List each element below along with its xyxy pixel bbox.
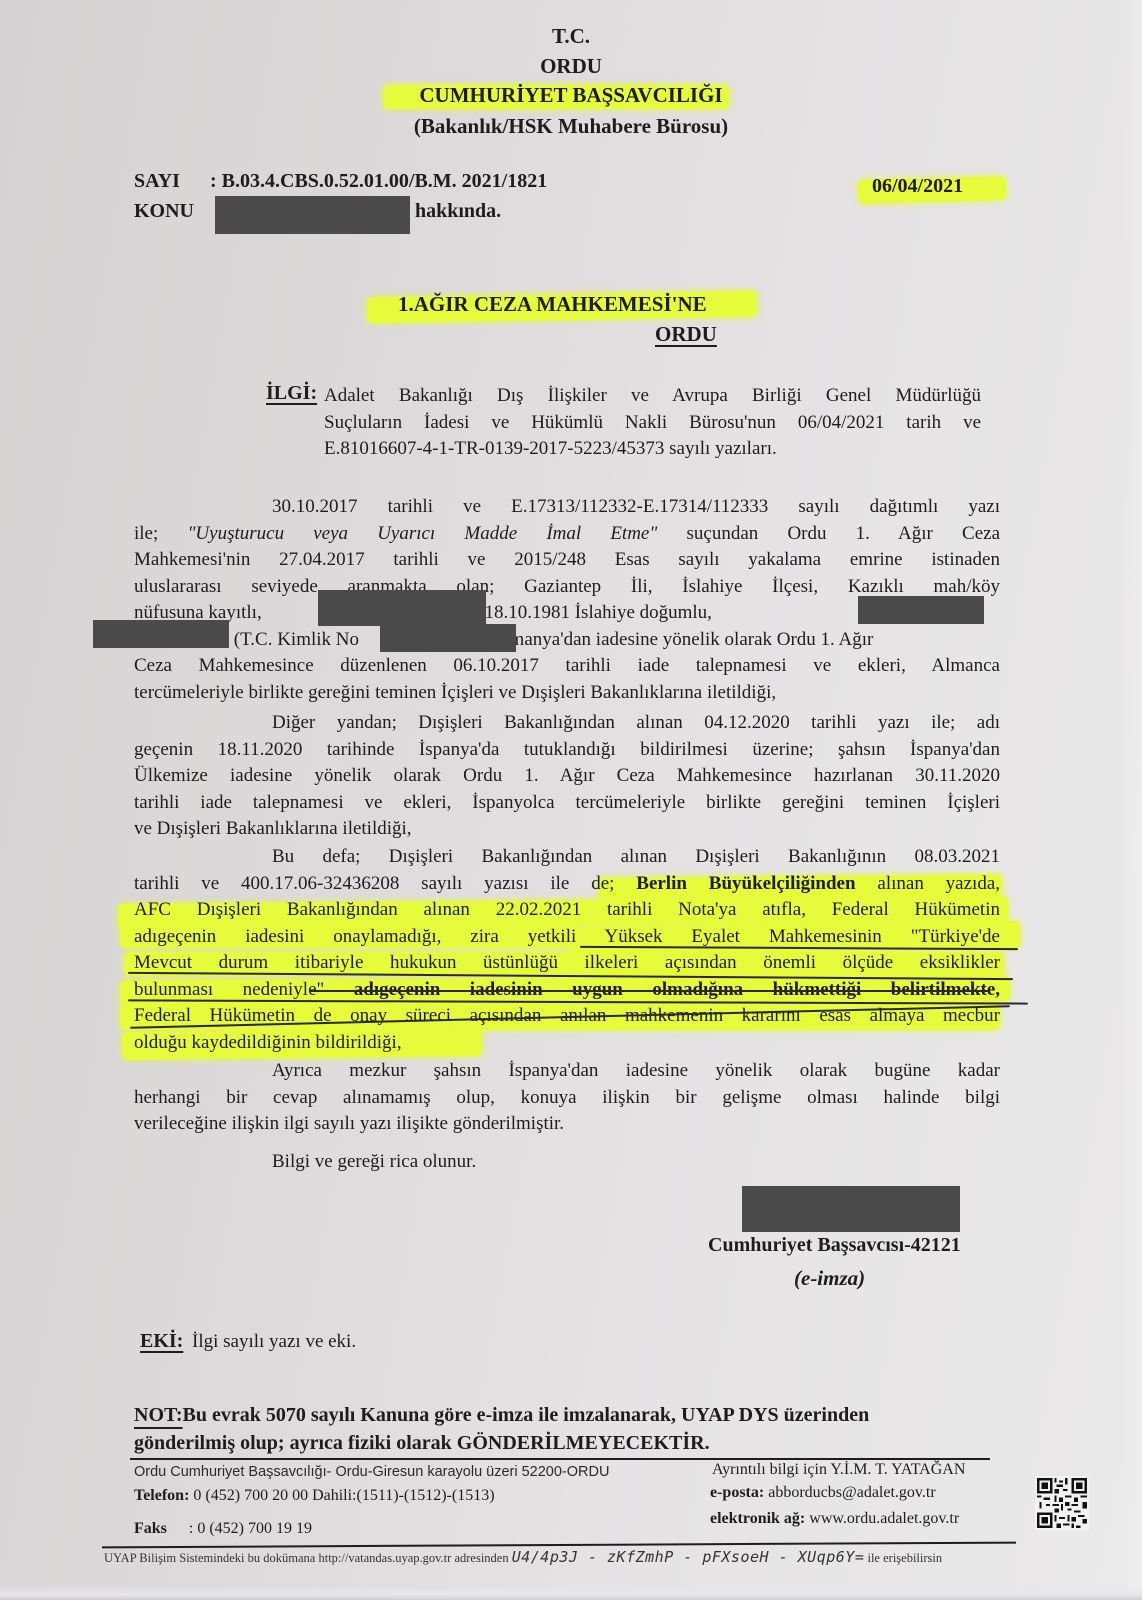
sayi-value: : B.03.4.CBS.0.52.01.00/B.M. 2021/1821 (210, 170, 547, 193)
qr-code-icon (1035, 1476, 1089, 1530)
uyap-access-line: UYAP Bilişim Sistemindeki bu dokümana ht… (104, 1548, 942, 1566)
e-signature-label: (e-imza) (794, 1266, 865, 1291)
redacted-name-part-2 (93, 620, 229, 648)
text-fragment: bulunması nedeniyle" (134, 979, 324, 1000)
text-fragment: (T.C. Kimlik No (234, 629, 359, 650)
fax-label: Faks (134, 1520, 167, 1537)
phone-value: 0 (452) 700 20 00 Dahili:(1511)-(1512)-(… (193, 1487, 494, 1504)
paragraph-line: geçenin 18.11.2020 tarihinde İspanya'da … (134, 737, 1000, 764)
paragraph-line: 30.10.2017 tarihli ve E.17313/112332-E.1… (134, 494, 1000, 521)
redacted-id-number (380, 624, 516, 652)
header-city: ORDU (0, 54, 1142, 79)
signatory-title: Cumhuriyet Başsavcısı-42121 (708, 1234, 961, 1257)
paragraph-line: ve Dışişleri Bakanlıklarına iletildiği, (134, 816, 1000, 843)
ilgi-line: Adalet Bakanlığı Dış İlişkiler ve Avrupa… (324, 383, 981, 410)
footer-phone: Telefon: 0 (452) 700 20 00 Dahili:(1511)… (134, 1487, 495, 1505)
text-fragment: ) Almanya'dan iadesine yönelik olarak Or… (481, 629, 874, 650)
footer-web: elektronik ağ: www.ordu.adalet.gov.tr (710, 1510, 959, 1528)
pen-strike (310, 990, 990, 992)
footer-fax: Faks : 0 (452) 700 19 19 (134, 1520, 312, 1538)
addressee-court: 1.AĞIR CEZA MAHKEMESİ'NE (398, 292, 707, 317)
paragraph-line: olduğu kaydedildiğinin bildirildiği, (134, 1030, 1000, 1057)
closing-line: Bilgi ve gereği rica olunur. (272, 1151, 476, 1173)
paragraph-line: Diğer yandan; Dışişleri Bakanlığından al… (134, 710, 1000, 737)
ilgi-line: E.81016607-4-1-TR-0139-2017-5223/45373 s… (324, 436, 981, 463)
text-fragment-bold: adıgeçenin iadesinin uygun olmadığına hü… (354, 979, 1000, 1000)
paragraph-line: herhangi bir cevap alınamamış olup, konu… (134, 1085, 1000, 1112)
footer-address: Ordu Cumhuriyet Başsavcılığı- Ordu-Gires… (134, 1464, 609, 1480)
redacted-father-name (318, 590, 486, 626)
crime-name: "Uyuşturucu veya Uyarıcı Madde İmal Etme… (187, 523, 657, 544)
redacted-subject (215, 196, 410, 234)
fax-value: : 0 (452) 700 19 19 (189, 1520, 312, 1537)
email-label: e-posta: (710, 1484, 764, 1501)
uyap-prefix: UYAP Bilişim Sistemindeki bu dokümana ht… (104, 1551, 509, 1565)
paragraph-line: tarihli ve 400.17.06-32436208 sayılı yaz… (134, 871, 1000, 898)
document-page: T.C. ORDU CUMHURİYET BAŞSAVCILIĞI (Bakan… (0, 0, 1142, 1600)
text-fragment-bold: Berlin Büyükelçiliğinden (636, 873, 855, 894)
paragraph-line: verileceğine ilişkin ilgi sayılı yazı il… (134, 1111, 1000, 1138)
note-line-2: gönderilmiş olup; ayrıca fiziki olarak G… (134, 1432, 710, 1455)
document-date: 06/04/2021 (872, 175, 963, 198)
note-label: NOT: (134, 1404, 183, 1426)
paragraph-2: Diğer yandan; Dışişleri Bakanlığından al… (134, 710, 1000, 843)
redacted-name-part-1 (858, 596, 984, 624)
paper-edge (1122, 0, 1142, 1600)
ilgi-text: Adalet Bakanlığı Dış İlişkiler ve Avrupa… (324, 383, 981, 463)
ilgi-line: Suçluların İadesi ve Hükümlü Nakli Büros… (324, 410, 981, 437)
attachment-label: EKİ: (140, 1330, 183, 1353)
paragraph-line: tercümeleriyle birlikte gereğini teminen… (134, 680, 1000, 707)
phone-label: Telefon: (134, 1487, 189, 1504)
web-link[interactable]: www.ordu.adalet.gov.tr (809, 1510, 959, 1527)
paragraph-line: (T.C. Kimlik No ) Almanya'dan iadesine y… (134, 627, 1000, 654)
redacted-signatory-name (742, 1186, 960, 1232)
photo-bottom-edge (0, 1586, 1142, 1600)
paragraph-line: Ülkemize iadesine yönelik olarak Ordu 1.… (134, 763, 1000, 790)
footer-email: e-posta: abborducbs@adalet.gov.tr (710, 1484, 936, 1502)
uyap-verification-code: U4/4p3J - zKfZmhP - pFXsoeH - XUqp6Y= (512, 1548, 865, 1566)
paragraph-line: Ceza Mahkemesince düzenlenen 06.10.2017 … (134, 653, 1000, 680)
paragraph-line: ile; "Uyuşturucu veya Uyarıcı Madde İmal… (134, 521, 1000, 548)
paragraph-line: adıgeçenin iadesini onaylamadığı, zira y… (134, 924, 1000, 951)
web-label: elektronik ağ: (710, 1510, 805, 1527)
header-office: CUMHURİYET BAŞSAVCILIĞI (0, 83, 1142, 108)
addressee-city: ORDU (655, 322, 717, 347)
attachment-text: İlgi sayılı yazı ve eki. (192, 1331, 356, 1353)
uyap-suffix: ile erişebilirsin (867, 1551, 942, 1565)
paragraph-line: Bu defa; Dışişleri Bakanlığından alınan … (134, 844, 1000, 871)
konu-suffix: hakkında. (415, 200, 501, 223)
note-text: Bu evrak 5070 sayılı Kanuna göre e-imza … (183, 1404, 870, 1426)
footer-divider (130, 1458, 990, 1460)
paragraph-line: AFC Dışişleri Bakanlığından alınan 22.02… (134, 897, 1000, 924)
email-link[interactable]: abborducbs@adalet.gov.tr (768, 1484, 935, 1501)
paragraph-4: Ayrıca mezkur şahsın İspanya'dan iadesin… (134, 1058, 1000, 1138)
footer-info: Ayrıntılı bilgi için Y.İ.M. T. YATAĞAN (712, 1461, 965, 1479)
text-fragment: tarihli ve 400.17.06-32436208 sayılı yaz… (134, 873, 614, 894)
paragraph-line: Mahkemesi'nin 27.04.2017 tarihli ve 2015… (134, 547, 1000, 574)
header-bureau: (Bakanlık/HSK Muhabere Bürosu) (0, 114, 1142, 139)
note-line-1: NOT:Bu evrak 5070 sayılı Kanuna göre e-i… (134, 1404, 869, 1427)
sayi-label: SAYI (134, 170, 180, 193)
paragraph-line: Ayrıca mezkur şahsın İspanya'dan iadesin… (134, 1058, 1000, 1085)
ilgi-label: İLGİ: (266, 382, 317, 405)
text-fragment: alınan yazıda, (877, 873, 1000, 894)
header-tc: T.C. (0, 24, 1142, 49)
paragraph-line: tarihli iade talepnamesi ve ekleri, İspa… (134, 790, 1000, 817)
konu-label: KONU (134, 200, 194, 223)
